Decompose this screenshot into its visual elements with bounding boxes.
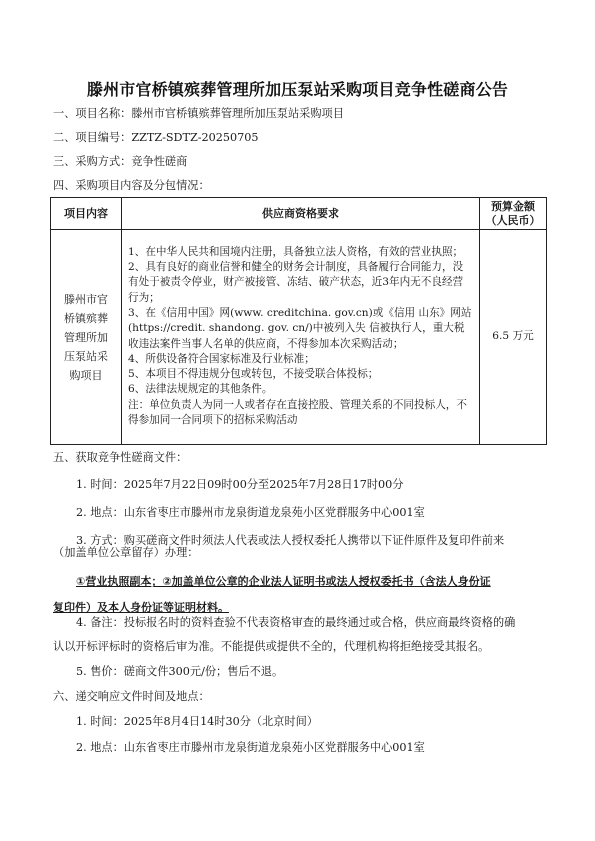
page-title: 滕州市官桥镇殡葬管理所加压泵站采购项目竞争性磋商公告 [0,77,595,100]
requirement-note: 注：单位负责人为同一人或者存在直接控股、管理关系的不同投标人，不得参加同一合同项… [128,398,473,429]
project-table: 项目内容 供应商资格要求 预算金额 （人民币） 滕州市官桥镇殡葬管理所加压泵站采… [50,197,547,445]
project-name: 一、项目名称：滕州市官桥镇殡葬管理所加压泵站采购项目 [53,107,344,121]
section5-note-line1: 4. 备注：投标报名时的资料查验不代表资格审查的最终通过或合格，供应商最终资格的… [76,616,515,630]
requirement-1: 1、在中华人民共和国境内注册，具备独立法人资格，有效的营业执照； [128,245,473,260]
section5-method-line2: （加盖单位公章留存）办理： [53,546,198,560]
header-budget-line2: （人民币） [480,214,546,228]
header-budget-line1: 预算金额 [480,200,546,214]
header-requirements: 供应商资格要求 [122,198,480,230]
required-docs-line1: ①营业执照副本；②加盖单位公章的企业法人证明书或法人授权委托书（含法人身份证 [76,573,491,589]
procurement-method: 三、采购方式：竞争性磋商 [53,155,187,169]
section5-heading: 五、获取竞争性磋商文件： [53,451,187,465]
section5-note-line2: 认以开标评标时的资格后审为准。不能提供或提供不全的，代理机构将拒绝接受其报名。 [53,640,489,654]
requirements-cell: 1、在中华人民共和国境内注册，具备独立法人资格，有效的营业执照； 2、具有良好的… [122,230,480,445]
requirement-4: 4、所供设备符合国家标准及行业标准； [128,352,473,367]
budget-cell: 6.5 万元 [480,230,547,445]
section5-price: 5. 售价：磋商文件300元/份；售后不退。 [76,665,283,679]
item-name: 滕州市官桥镇殡葬管理所加压泵站采购项目 [51,290,121,385]
item-cell: 滕州市官桥镇殡葬管理所加压泵站采购项目 [51,230,122,445]
section5-place: 2. 地点：山东省枣庄市滕州市龙泉街道龙泉苑小区党群服务中心001室 [76,506,425,520]
table-header-row: 项目内容 供应商资格要求 预算金额 （人民币） [51,198,547,230]
project-content-heading: 四、采购项目内容及分包情况： [53,179,210,193]
section6-place: 2. 地点：山东省枣庄市滕州市龙泉街道龙泉苑小区党群服务中心001室 [76,741,425,755]
required-docs-line2: 复印件）及本人身份证等证明材料。 [53,599,229,615]
table-row: 滕州市官桥镇殡葬管理所加压泵站采购项目 1、在中华人民共和国境内注册，具备独立法… [51,230,547,445]
section6-time: 1. 时间：2025年8月4日14时30分（北京时间） [76,715,318,729]
requirement-6: 6、法律法规规定的其他条件。 [128,382,473,397]
section6-heading: 六、递交响应文件时间及地点： [53,690,210,704]
requirement-3: 3、在《信用中国》网(www. creditchina. gov.cn)或《信用… [128,306,473,352]
project-number: 二、项目编号：ZZTZ-SDTZ-20250705 [53,131,258,145]
header-budget: 预算金额 （人民币） [480,198,547,230]
requirement-5: 5、本项目不得违规分包或转包，不接受联合体投标； [128,367,473,382]
requirement-2: 2、具有良好的商业信誉和健全的财务会计制度，具备履行合同能力，没有处于被责令停业… [128,260,473,306]
header-item: 项目内容 [51,198,122,230]
section5-time: 1. 时间：2025年7月22日09时00分至2025年7月28日17时00分 [76,478,403,492]
